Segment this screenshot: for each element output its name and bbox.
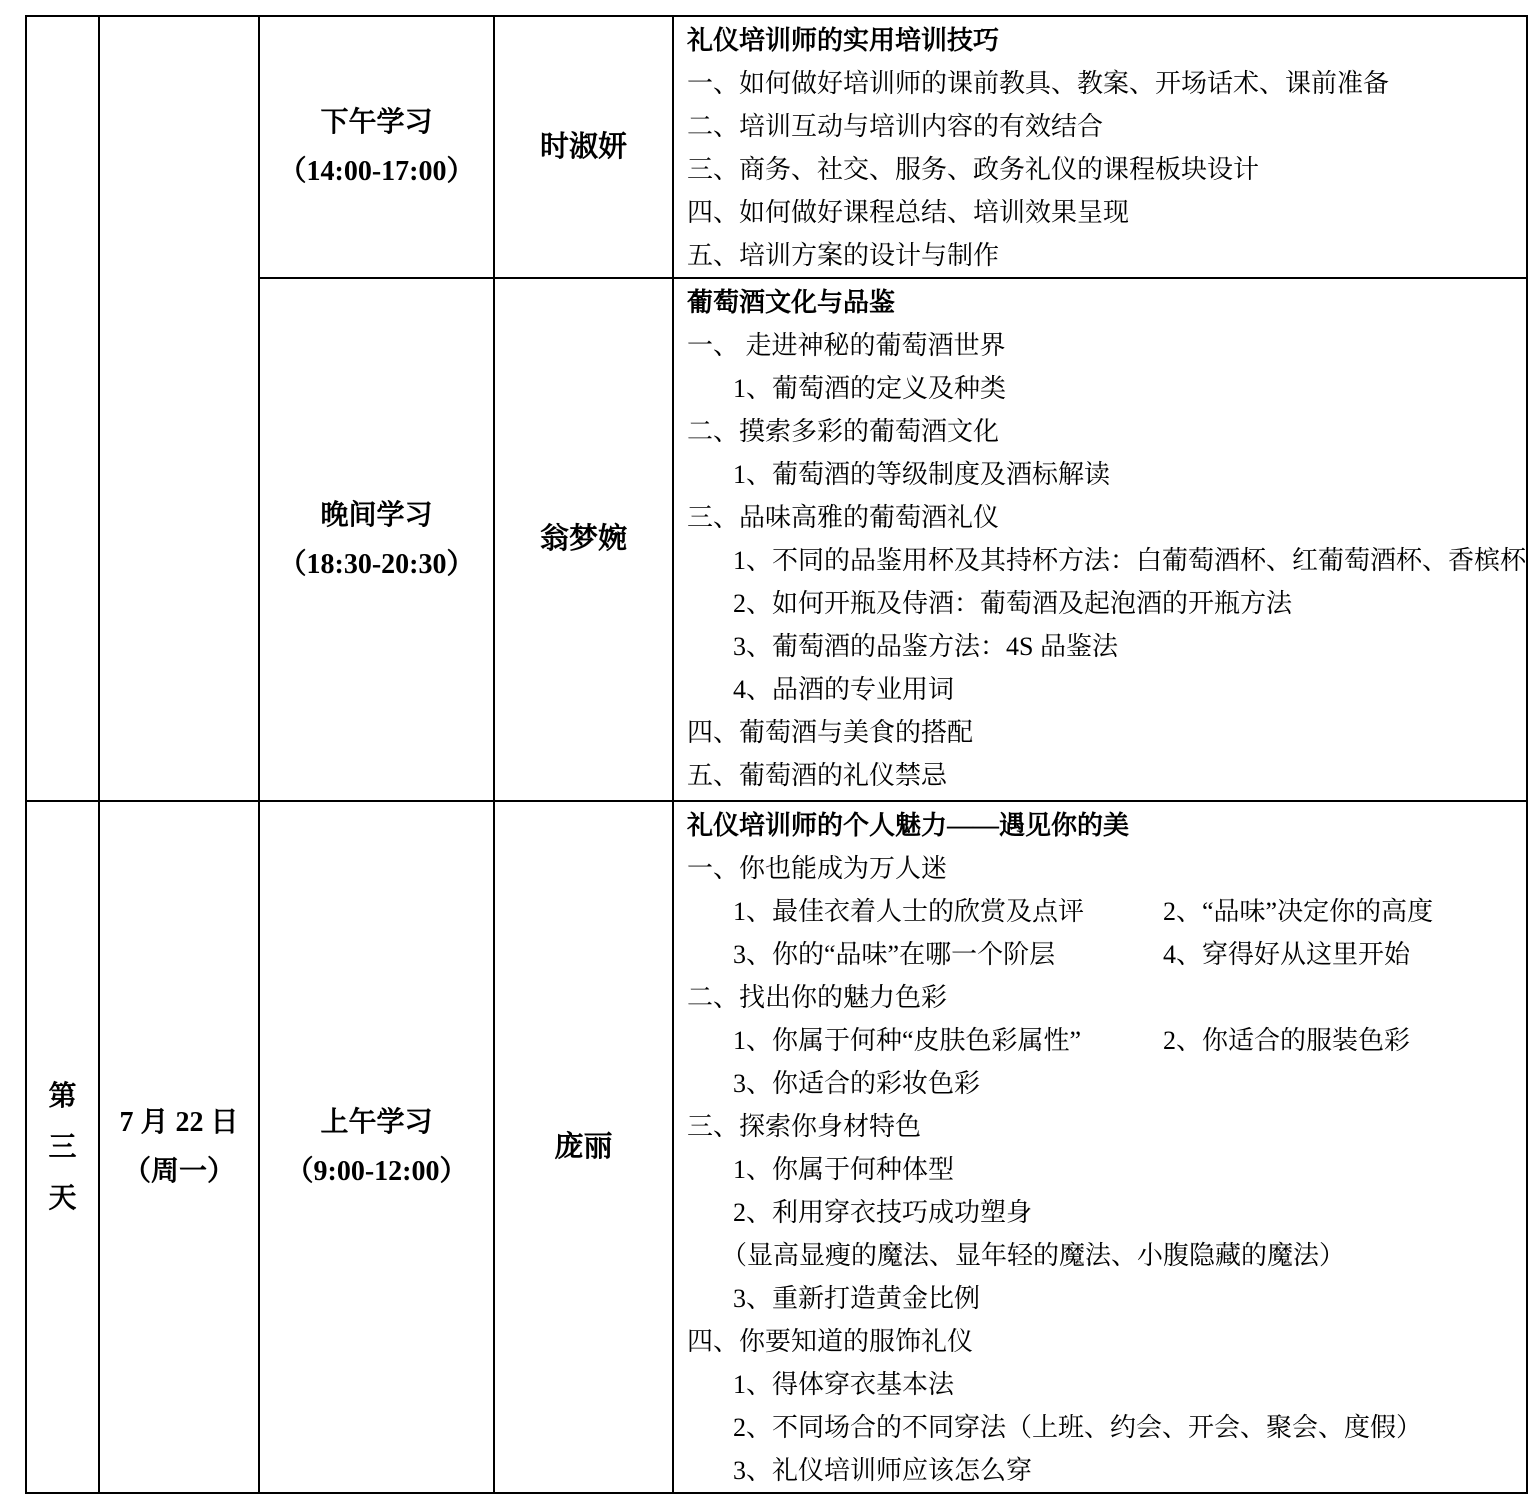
session-cell: 下午学习 （14:00-17:00） bbox=[259, 16, 494, 278]
course-line: 3、重新打造黄金比例 bbox=[674, 1277, 1526, 1320]
course-line: 一、如何做好培训师的课前教具、教案、开场话术、课前准备 bbox=[674, 62, 1526, 105]
date-cell-continued bbox=[99, 16, 259, 801]
date-cell: 7 月 22 日 （周一） bbox=[99, 801, 259, 1493]
session-cell: 上午学习 （9:00-12:00） bbox=[259, 801, 494, 1493]
course-line: 2、不同场合的不同穿法（上班、约会、开会、聚会、度假） bbox=[674, 1406, 1526, 1449]
course-line: 二、找出你的魅力色彩 bbox=[674, 976, 1526, 1019]
course-line: （显高显瘦的魔法、显年轻的魔法、小腹隐藏的魔法） bbox=[674, 1234, 1526, 1277]
course-line: 三、探索你身材特色 bbox=[674, 1105, 1526, 1148]
training-schedule-table: 下午学习 （14:00-17:00） 时淑妍 礼仪培训师的实用培训技巧 一、如何… bbox=[25, 15, 1528, 1494]
day-char: 第 bbox=[48, 1071, 76, 1122]
day-char: 三 bbox=[48, 1122, 76, 1173]
course-line: 三、商务、社交、服务、政务礼仪的课程板块设计 bbox=[674, 148, 1526, 191]
course-line: 4、品酒的专业用词 bbox=[674, 668, 1526, 711]
course-content-cell: 葡萄酒文化与品鉴 一、 走进神秘的葡萄酒世界 1、葡萄酒的定义及种类 二、摸索多… bbox=[673, 278, 1527, 801]
course-line: 1、得体穿衣基本法 bbox=[674, 1363, 1526, 1406]
pair-left-item: 3、你的“品味”在哪一个阶层 bbox=[733, 933, 1163, 976]
course-line: 五、葡萄酒的礼仪禁忌 bbox=[674, 754, 1526, 797]
day-cell: 第 三 天 bbox=[26, 801, 99, 1493]
teacher-cell: 翁梦婉 bbox=[494, 278, 673, 801]
teacher-name: 时淑妍 bbox=[540, 123, 627, 172]
course-line: 1、葡萄酒的定义及种类 bbox=[674, 367, 1526, 410]
course-line: 二、培训互动与培训内容的有效结合 bbox=[674, 105, 1526, 148]
course-line-pair: 1、最佳衣着人士的欣赏及点评2、“品味”决定你的高度 bbox=[674, 890, 1526, 933]
teacher-name: 翁梦婉 bbox=[540, 515, 627, 564]
course-line: 2、利用穿衣技巧成功塑身 bbox=[674, 1191, 1526, 1234]
date-line: （周一） bbox=[123, 1147, 235, 1196]
course-line-pair: 1、你属于何种“皮肤色彩属性”2、你适合的服装色彩 bbox=[674, 1019, 1526, 1062]
teacher-name: 庞丽 bbox=[554, 1123, 612, 1172]
course-content-cell: 礼仪培训师的实用培训技巧 一、如何做好培训师的课前教具、教案、开场话术、课前准备… bbox=[673, 16, 1527, 278]
course-line: 一、你也能成为万人迷 bbox=[674, 847, 1526, 890]
date-line: 7 月 22 日 bbox=[119, 1098, 238, 1147]
session-time: （18:30-20:30） bbox=[279, 540, 475, 589]
course-title: 礼仪培训师的个人魅力——遇见你的美 bbox=[674, 804, 1526, 847]
course-title: 礼仪培训师的实用培训技巧 bbox=[674, 19, 1526, 62]
table-row: 下午学习 （14:00-17:00） 时淑妍 礼仪培训师的实用培训技巧 一、如何… bbox=[26, 16, 1527, 278]
course-line: 五、培训方案的设计与制作 bbox=[674, 234, 1526, 277]
day-char: 天 bbox=[48, 1173, 76, 1224]
course-line: 三、品味高雅的葡萄酒礼仪 bbox=[674, 496, 1526, 539]
table-row: 第 三 天 7 月 22 日 （周一） 上午学习 （9:00-12:00） 庞丽 bbox=[26, 801, 1527, 1493]
course-line: 1、不同的品鉴用杯及其持杯方法：白葡萄酒杯、红葡萄酒杯、香槟杯 bbox=[674, 539, 1526, 582]
course-line: 2、如何开瓶及侍酒：葡萄酒及起泡酒的开瓶方法 bbox=[674, 582, 1526, 625]
course-title: 葡萄酒文化与品鉴 bbox=[674, 281, 1526, 324]
day-cell-continued bbox=[26, 16, 99, 801]
session-name: 晚间学习 bbox=[320, 491, 432, 540]
course-line: 3、葡萄酒的品鉴方法：4S 品鉴法 bbox=[674, 625, 1526, 668]
session-time: （9:00-12:00） bbox=[286, 1147, 468, 1196]
pair-right-item: 2、“品味”决定你的高度 bbox=[1163, 897, 1433, 926]
course-line: 1、葡萄酒的等级制度及酒标解读 bbox=[674, 453, 1526, 496]
session-time: （14:00-17:00） bbox=[279, 147, 475, 196]
course-line: 四、你要知道的服饰礼仪 bbox=[674, 1320, 1526, 1363]
pair-right-item: 4、穿得好从这里开始 bbox=[1163, 940, 1410, 969]
session-cell: 晚间学习 （18:30-20:30） bbox=[259, 278, 494, 801]
course-line: 四、葡萄酒与美食的搭配 bbox=[674, 711, 1526, 754]
pair-left-item: 1、最佳衣着人士的欣赏及点评 bbox=[733, 890, 1163, 933]
pair-right-item: 2、你适合的服装色彩 bbox=[1163, 1026, 1410, 1055]
course-line: 一、 走进神秘的葡萄酒世界 bbox=[674, 324, 1526, 367]
course-line: 二、摸索多彩的葡萄酒文化 bbox=[674, 410, 1526, 453]
pair-left-item: 1、你属于何种“皮肤色彩属性” bbox=[733, 1019, 1163, 1062]
course-content-cell: 礼仪培训师的个人魅力——遇见你的美 一、你也能成为万人迷 1、最佳衣着人士的欣赏… bbox=[673, 801, 1527, 1493]
course-line-pair: 3、你的“品味”在哪一个阶层4、穿得好从这里开始 bbox=[674, 933, 1526, 976]
course-line: 四、如何做好课程总结、培训效果呈现 bbox=[674, 191, 1526, 234]
course-line: 1、你属于何种体型 bbox=[674, 1148, 1526, 1191]
teacher-cell: 时淑妍 bbox=[494, 16, 673, 278]
session-name: 上午学习 bbox=[320, 1098, 432, 1147]
course-line: 3、你适合的彩妆色彩 bbox=[674, 1062, 1526, 1105]
course-line: 3、礼仪培训师应该怎么穿 bbox=[674, 1449, 1526, 1492]
session-name: 下午学习 bbox=[320, 98, 432, 147]
teacher-cell: 庞丽 bbox=[494, 801, 673, 1493]
